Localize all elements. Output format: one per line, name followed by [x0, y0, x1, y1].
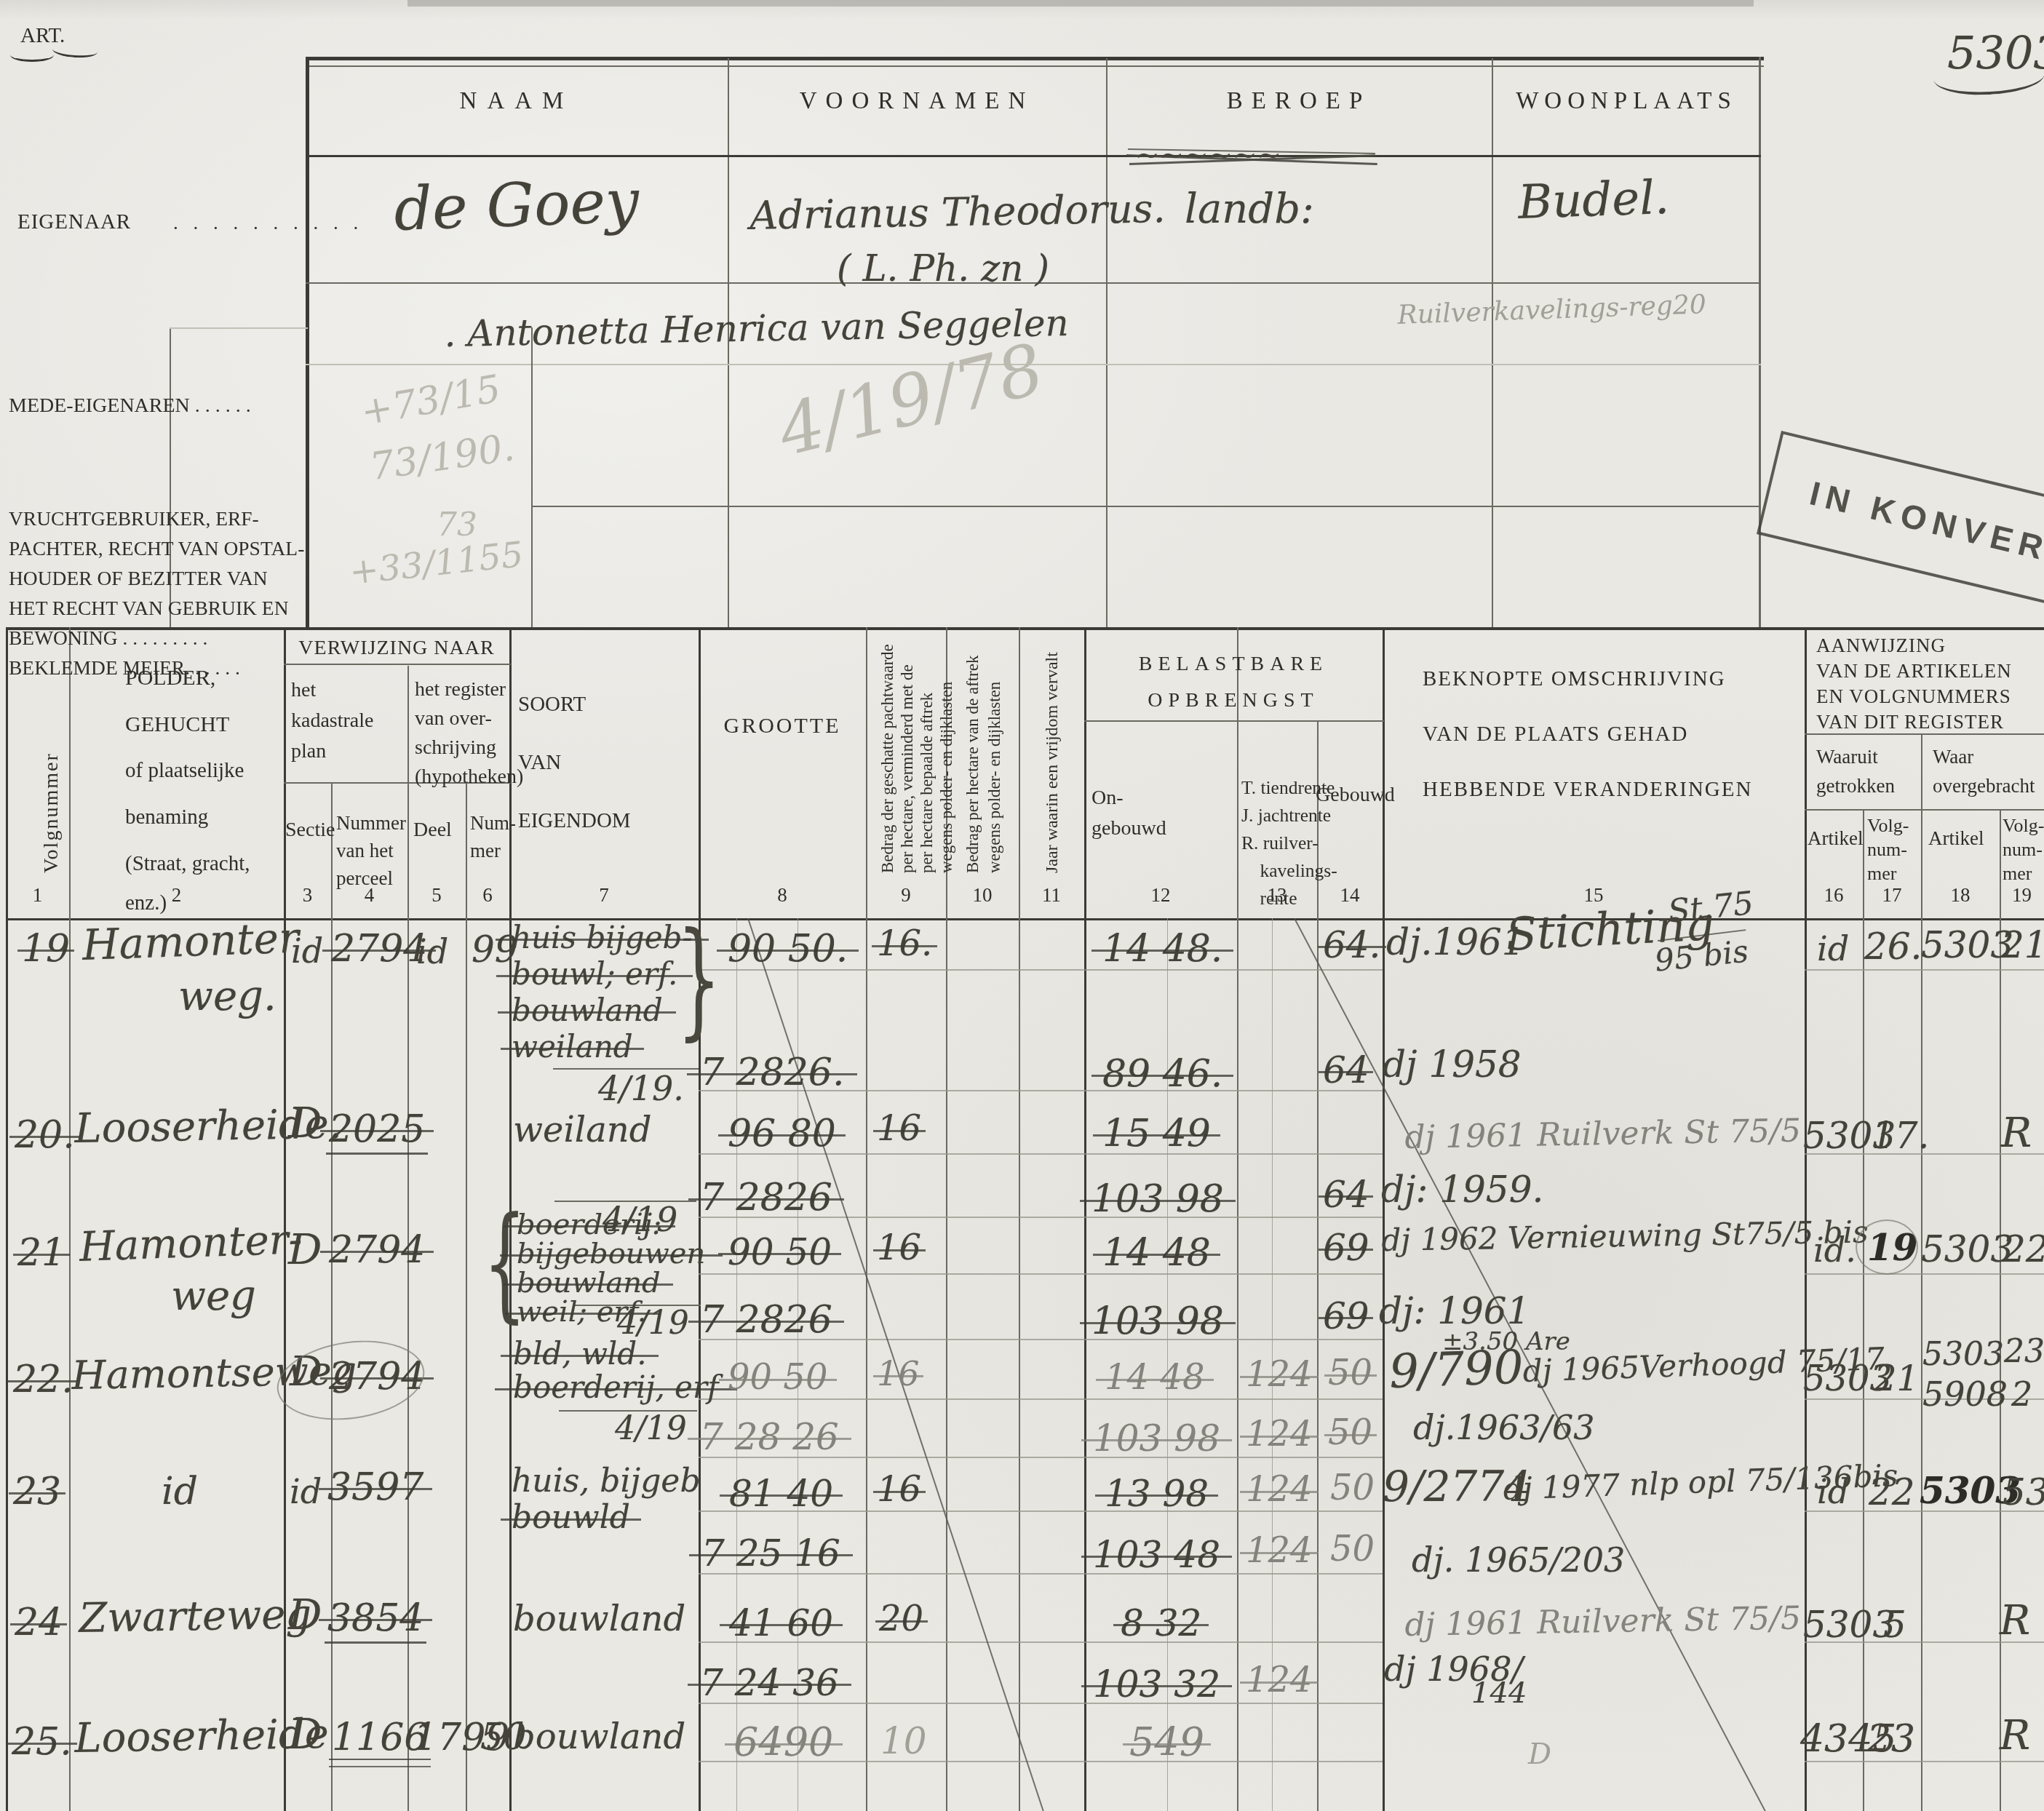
handwritten-text: 7 2826: [700, 1177, 832, 1218]
handwritten-text: 5: [1883, 1605, 1906, 1644]
printed-text: 6: [466, 885, 509, 906]
handwritten-text: huis, bijgeb: [512, 1464, 701, 1499]
handwritten-text: 5303: [1921, 926, 2013, 965]
handwritten-text: dj: 1961: [1379, 1291, 1530, 1331]
handwritten-text: 19: [22, 928, 70, 969]
handwritten-text: D: [288, 1592, 322, 1638]
handwritten-text: 2: [2011, 1377, 2032, 1413]
circle-annotation: [272, 1332, 430, 1428]
handwritten-text: +33/1155: [348, 536, 525, 592]
handwritten-text: 22.: [13, 1359, 73, 1400]
handwritten-text: bouwland: [513, 1719, 685, 1756]
handwritten-text: 103 98: [1093, 1419, 1220, 1458]
printed-text: benaming: [125, 806, 208, 829]
handwritten-text: 73/190.: [367, 427, 517, 487]
stamp-text: IN KONVERSIE: [1806, 474, 2044, 586]
handwritten-text: ( L. Ph. zn ): [837, 249, 1049, 288]
handwritten-text: 90 50: [728, 1359, 827, 1397]
grid-line: [407, 0, 1754, 7]
handwritten-text: id: [291, 934, 323, 970]
handwritten-text: 50: [1328, 1414, 1372, 1452]
printed-text: Volg- num- mer: [1867, 813, 1909, 885]
handwritten-text: 144: [1471, 1678, 1527, 1709]
handwritten-text: bouwl; erf.: [512, 958, 677, 990]
handwritten-text: huis bijgeb-: [512, 921, 693, 954]
handwritten-text: dj 1958: [1383, 1045, 1522, 1084]
printed-text: (Straat, gracht,: [125, 853, 250, 875]
handwritten-text: 41 60: [729, 1604, 833, 1643]
handwritten-text: 22: [1869, 1473, 1915, 1512]
handwritten-text: R: [2001, 1112, 2032, 1155]
handwritten-text: 16: [877, 1110, 921, 1148]
handwritten-text: 103 48: [1093, 1535, 1220, 1575]
grid-line: [306, 65, 1764, 67]
handwritten-text: 96 80: [728, 1113, 836, 1154]
grid-line: [284, 664, 511, 665]
grid-line: [1805, 969, 2044, 971]
handwritten-text: id: [1817, 931, 1849, 968]
printed-text: VOORNAMEN: [728, 89, 1106, 115]
handwritten-text: 90 50: [728, 1233, 832, 1272]
handwritten-text: R: [2000, 1714, 2030, 1758]
handwritten-text: id.: [1813, 1233, 1856, 1269]
grid-line: [531, 506, 1761, 507]
grid-line: [531, 327, 533, 627]
handwritten-text: 23: [1867, 1719, 1915, 1759]
handwritten-text: 53: [2003, 1473, 2044, 1512]
printed-text: Waaruit getrokken: [1816, 742, 1895, 800]
handwritten-text: dj. 1965/203: [1412, 1543, 1625, 1579]
handwritten-text: bouwland: [512, 994, 663, 1027]
handwritten-text: ~~~~~~: [1135, 140, 1281, 171]
handwritten-text: 124: [1246, 1532, 1313, 1570]
grid-line: [1759, 57, 1761, 627]
printed-text: Sectie: [285, 819, 335, 841]
handwritten-text: 50: [1330, 1470, 1375, 1508]
handwritten-text: 89 46.: [1102, 1054, 1222, 1094]
handwritten-text: 23: [13, 1471, 61, 1512]
grid-line: [1084, 627, 1086, 1811]
handwritten-text: 23: [2004, 1334, 2044, 1369]
printed-text: Artikel: [1928, 828, 1984, 849]
printed-text: BEKNOPTE OMSCHRIJVING: [1423, 668, 1726, 690]
handwritten-text: 103 32: [1093, 1665, 1220, 1704]
handwritten-text: bouwld: [512, 1500, 630, 1535]
handwritten-text: 7 25 16: [701, 1534, 840, 1573]
handwritten-text: 5303: [1922, 1337, 2004, 1372]
handwritten-text: 14 48: [1105, 1359, 1204, 1397]
handwritten-text: 17.: [1872, 1116, 1930, 1155]
printed-text: GEHUCHT: [125, 713, 229, 736]
printed-text: 9: [866, 885, 946, 906]
handwritten-text: 21: [17, 1233, 65, 1273]
handwritten-text: landb:: [1185, 188, 1314, 231]
handwritten-text: 16: [877, 1230, 921, 1267]
printed-text: Volgnummer: [41, 752, 63, 873]
handwritten-text: +73/15: [358, 368, 504, 433]
handwritten-text: 7 2826.: [700, 1052, 844, 1093]
handwritten-text: 7 28 26: [700, 1417, 839, 1457]
scanned-register-page: ART.EIGENAAR. . . . . . . . . .MEDE-EIGE…: [0, 0, 2044, 1811]
handwritten-text: bouwland: [517, 1267, 661, 1299]
printed-text: HEBBENDE VERANDERINGEN: [1423, 779, 1752, 801]
circle-annotation: [1856, 1219, 1918, 1275]
handwritten-text: dj.1961: [1386, 923, 1525, 962]
handwritten-text: weiland: [513, 1112, 651, 1150]
handwritten-text: 14 48.: [1102, 928, 1222, 969]
handwritten-text: 24: [15, 1602, 63, 1643]
handwritten-text: dj: 1959.: [1381, 1170, 1543, 1209]
handwritten-text: 69: [1323, 1228, 1369, 1267]
handwritten-text: 73: [437, 508, 477, 543]
handwritten-text: 7 2826: [700, 1299, 832, 1340]
handwritten-text: weiland: [512, 1030, 633, 1063]
handwritten-text: 22: [2003, 1230, 2044, 1269]
printed-text: 3: [284, 885, 331, 906]
handwritten-text: 103 98: [1091, 1179, 1224, 1219]
handwritten-text: 10: [880, 1722, 927, 1761]
printed-text: 11: [1019, 885, 1084, 906]
handwritten-text: 124: [1246, 1662, 1313, 1700]
handwritten-text: 124: [1246, 1471, 1313, 1509]
handwritten-text: 64.: [1323, 926, 1381, 965]
handwritten-text: 124: [1246, 1416, 1313, 1454]
printed-text: 13: [1237, 885, 1317, 906]
printed-text: 4: [331, 885, 407, 906]
grid-line: [1492, 58, 1493, 627]
handwritten-text: 20.: [15, 1115, 75, 1155]
printed-text: Jaar waarin een vrijdom vervalt: [1043, 652, 1062, 873]
printed-text: 7: [509, 885, 699, 906]
handwritten-text: 64: [1323, 1175, 1369, 1214]
handwritten-text: bijgebouwen: [517, 1238, 705, 1270]
handwritten-text: 5908: [1922, 1377, 2008, 1413]
handwritten-text: 4/19.: [598, 1071, 684, 1107]
handwritten-text: D: [288, 1711, 322, 1757]
handwritten-text: weg.: [178, 975, 277, 1019]
handwritten-text: id: [162, 1471, 198, 1512]
printed-text: GROOTTE: [699, 715, 866, 738]
handwritten-text: 8 32: [1121, 1604, 1201, 1643]
printed-text: EIGENAAR: [17, 211, 131, 234]
grid-line: [306, 57, 1764, 60]
handwritten-text: dj 1961 Ruilverk St 75/5: [1404, 1113, 1801, 1155]
handwritten-text: 16.: [877, 926, 932, 963]
handwritten-text: 26.: [1864, 927, 1922, 966]
printed-text: SOORT VAN EIGENDOM: [518, 675, 631, 850]
printed-text: On- gebouwd: [1091, 783, 1166, 844]
handwritten-text: 2794: [329, 1230, 425, 1270]
handwritten-text: dj.1963/63: [1413, 1410, 1594, 1446]
handwritten-text: D: [288, 1227, 322, 1273]
printed-text: of plaatselijke: [125, 760, 244, 782]
handwritten-text: ±3.50 Are: [1442, 1329, 1570, 1356]
handwritten-text: 16: [877, 1356, 920, 1393]
handwritten-text: 5303: [1947, 29, 2044, 78]
printed-text: VAN DE PLAATS GEHAD: [1423, 723, 1688, 746]
handwritten-text: Adrianus Theodorus.: [749, 188, 1166, 237]
handwritten-text: 4/19: [615, 1412, 687, 1446]
printed-text: Deel: [413, 819, 452, 841]
printed-text: het kadastrale plan: [291, 675, 374, 767]
handwritten-text: 50: [1328, 1355, 1372, 1393]
printed-text: 2: [69, 885, 284, 906]
printed-text: Bedrag der geschatte pachtwaarde per hec…: [878, 644, 956, 873]
printed-text: 14: [1317, 885, 1383, 906]
printed-text: NAAM: [306, 89, 728, 115]
handwritten-text: 21.: [2001, 926, 2044, 965]
handwritten-text: 3597: [327, 1467, 423, 1508]
handwritten-text: Hamonter: [81, 915, 300, 968]
handwritten-text: 81 40: [729, 1474, 833, 1513]
handwritten-text: id: [1817, 1474, 1849, 1511]
grid-line: [1019, 627, 1020, 1811]
grid-line: [699, 1273, 1383, 1275]
grid-line: [170, 327, 308, 329]
printed-text: Waar overgebracht: [1933, 742, 2035, 800]
grid-line: [306, 57, 309, 627]
grid-line: [6, 627, 2044, 630]
handwritten-text: Budel.: [1517, 173, 1670, 228]
grid-line: [466, 782, 467, 1811]
printed-text: MEDE-EIGENAREN . . . . . .: [9, 395, 251, 417]
handwritten-text: 50: [1330, 1531, 1375, 1569]
handwritten-text: dj 1962 Vernieuwing St75/5 bis: [1381, 1215, 1869, 1257]
handwritten-text: 4/19/78: [771, 331, 1051, 469]
grid-line: [1084, 720, 1384, 722]
handwritten-text: id: [416, 934, 448, 971]
handwritten-text: 124: [1246, 1356, 1313, 1394]
handwritten-text: D: [288, 1100, 322, 1146]
grid-line: [1106, 58, 1108, 627]
grid-line: [1805, 1273, 2044, 1275]
handwritten-text: 90 50.: [728, 928, 848, 969]
printed-text: 16: [1805, 885, 1863, 906]
printed-text: BELASTBARE OPBRENGST: [1084, 646, 1383, 719]
printed-text: POLDER,: [125, 666, 215, 690]
handwritten-text: Hamonter-: [79, 1218, 303, 1270]
handwritten-text: 95 bis: [1653, 935, 1750, 978]
handwritten-text: 7 24 36: [700, 1663, 839, 1703]
handwritten-text: boerderij, erf: [513, 1371, 719, 1404]
handwritten-text: 21: [1874, 1361, 1919, 1398]
handwritten-text: 2794: [331, 928, 427, 969]
handwritten-text: weg: [171, 1275, 256, 1318]
handwritten-text: 13 98: [1105, 1474, 1209, 1513]
handwritten-text: bouwland: [513, 1601, 685, 1639]
handwritten-text: bld, wld.: [513, 1337, 647, 1370]
handwritten-text: R: [2000, 1599, 2030, 1643]
handwritten-text: boerderij:: [517, 1209, 662, 1241]
handwritten-text: 15 49: [1102, 1113, 1211, 1154]
printed-text: Bedrag per hectare van de aftrek wegens …: [962, 656, 1006, 873]
printed-text: 8: [699, 885, 866, 906]
printed-text: 10: [946, 885, 1019, 906]
handwritten-text: 25.: [12, 1722, 72, 1762]
printed-text: 1: [6, 885, 69, 906]
handwritten-text: 20: [879, 1601, 923, 1639]
printed-text: AANWIJZING VAN DE ARTIKELEN EN VOLGNUMME…: [1816, 633, 2012, 735]
handwritten-text: }: [677, 911, 721, 1048]
printed-text: 17: [1863, 885, 1921, 906]
handwritten-text: 103 98: [1091, 1301, 1224, 1342]
grid-line: [69, 627, 71, 1811]
handwritten-text: 14 48: [1102, 1233, 1211, 1273]
handwritten-text: 5303: [1921, 1230, 2013, 1269]
handwritten-text: 6490: [733, 1722, 833, 1764]
printed-text: 12: [1084, 885, 1237, 906]
handwritten-text: 5303: [1803, 1605, 1896, 1644]
handwritten-text: 16: [877, 1471, 921, 1509]
art-flourish: [10, 48, 54, 62]
printed-text: VERWIJZING NAAR: [284, 637, 509, 659]
grid-line: [1237, 627, 1238, 1811]
printed-text: Artikel: [1808, 828, 1863, 849]
grid-line: [866, 627, 867, 1811]
printed-text: 19: [2000, 885, 2044, 906]
handwritten-text: 69: [1323, 1297, 1369, 1336]
printed-text: WOONPLAATS: [1492, 89, 1761, 115]
art-flourish: [52, 42, 98, 59]
grid-line: [6, 627, 8, 1811]
grid-line: [306, 155, 1761, 157]
printed-text: VRUCHTGEBRUIKER, ERF- PACHTER, RECHT VAN…: [9, 504, 304, 682]
grid-line: [1805, 809, 2044, 811]
printed-text: Num- mer: [470, 809, 516, 864]
printed-text: BEROEP: [1106, 89, 1492, 115]
handwritten-text: 549: [1129, 1722, 1204, 1764]
handwritten-text: 64: [1323, 1051, 1369, 1090]
in-konversie-stamp: IN KONVERSIE: [1757, 431, 2044, 629]
printed-text: 18: [1921, 885, 2000, 906]
printed-text: Gebouwd: [1316, 784, 1395, 806]
printed-text: het register van over- schrijving (hypot…: [415, 675, 523, 792]
handwritten-text: Ruilverkavelings-reg20: [1397, 291, 1706, 330]
printed-text: . . . . . . . . . .: [173, 212, 363, 234]
handwritten-text: Zwarteweg: [79, 1593, 312, 1641]
grid-line: [699, 1398, 1383, 1400]
handwritten-text: D: [1528, 1739, 1551, 1770]
grid-line: [1805, 1761, 2044, 1762]
printed-text: Nummer van het perceel: [336, 809, 406, 892]
handwritten-text: St.75: [1666, 886, 1755, 930]
printed-text: Volg- num- mer: [2003, 813, 2044, 885]
handwritten-text: 2025: [329, 1109, 425, 1150]
handwritten-text: de Goey: [393, 170, 640, 242]
handwritten-text: id: [290, 1474, 322, 1511]
handwritten-text: 3854: [327, 1598, 423, 1639]
printed-text: 5: [407, 885, 466, 906]
handwritten-text: dj 1961 Ruilverk St 75/5: [1404, 1601, 1801, 1642]
